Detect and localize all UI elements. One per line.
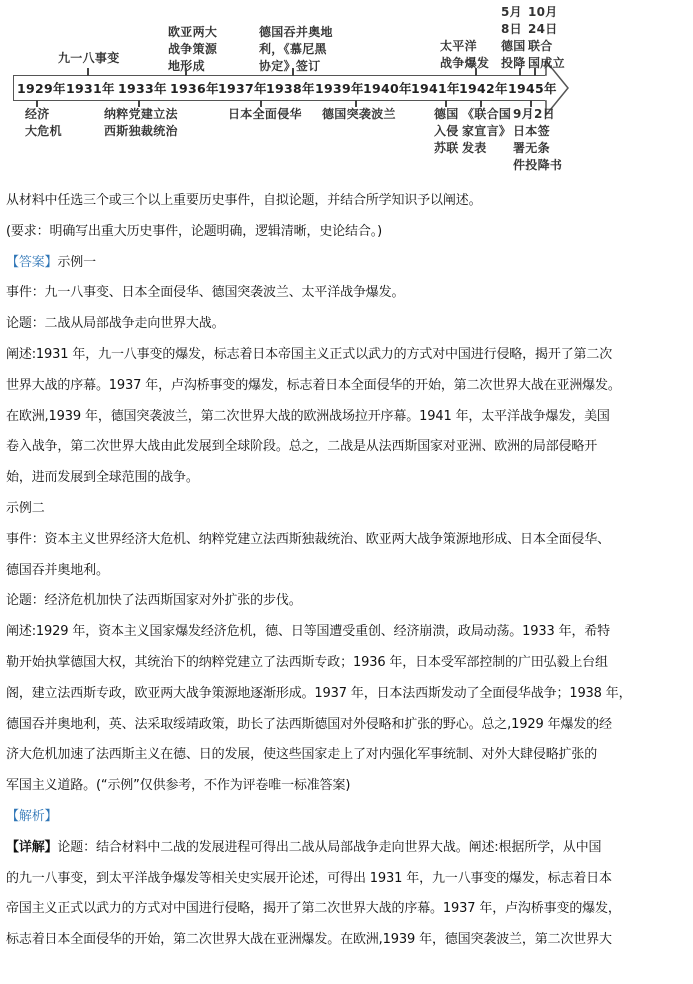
timeline-year: 1945年 [508,80,557,97]
example2-line: 事件：资本主义世界经济大危机、纳粹党建立法西斯独裁统治、欧亚两大战争策源地形成、… [6,525,691,556]
timeline-event-above: 欧亚两大 战争策源 地形成 [168,24,217,75]
timeline-event-above: 5月 8日 德国 投降 [501,4,526,72]
timeline-tick [519,68,521,76]
timeline-tick [185,68,187,76]
analysis-section: 【详解】论题：结合材料中二战的发展进程可得出二战从局部战争走向世界大战。阐述:根… [6,833,691,956]
analysis-line: 【详解】论题：结合材料中二战的发展进程可得出二战从局部战争走向世界大战。阐述:根… [6,833,691,864]
timeline-event-above: 太平洋 战争爆发 [440,38,489,72]
example1-line: 卷入战争，第二次世界大战由此发展到全球阶段。总之，二战是从法西斯国家对亚洲、欧洲… [6,432,691,463]
timeline-tick [138,100,140,107]
example2-line: 论题：经济危机加快了法西斯国家对外扩张的步伐。 [6,586,691,617]
question-prompt: 从材料中任选三个或三个以上重要历史事件，自拟论题，并结合所学知识予以阐述。 [6,186,691,217]
timeline-event-below: 经济 大危机 [25,106,62,140]
example2-line: 军国主义道路。(“示例”仅供参考，不作为评卷唯一标准答案) [6,771,691,802]
analysis-text: 标志着日本全面侵华的开始，第二次世界大战在亚洲爆发。在欧洲,1939 年，德国突… [6,932,612,947]
example1-line: 事件：九一八事变、日本全面侵华、德国突袭波兰、太平洋战争爆发。 [6,278,691,309]
timeline-tick [292,68,294,76]
timeline-year: 1938年 [266,80,315,97]
timeline-year: 1942年 [459,80,508,97]
timeline-tick [36,100,38,107]
timeline-year: 1933年 [118,80,167,97]
example2-section: 事件：资本主义世界经济大危机、纳粹党建立法西斯独裁统治、欧亚两大战争策源地形成、… [6,525,691,802]
analysis-line: 的九一八事变，到太平洋战争爆发等相关史实展开论述，可得出 1931 年，九一八事… [6,864,691,895]
timeline-year: 1937年 [218,80,267,97]
timeline-event-below: 德国 入侵 苏联 [434,106,459,157]
timeline-year: 1936年 [170,80,219,97]
analysis-line: 帝国主义正式以武力的方式对中国进行侵略，揭开了第二次世界大战的序幕。1937 年… [6,894,691,925]
timeline-event-below: 日本全面侵华 [228,106,302,123]
timeline-event-above: 九一八事变 [58,50,120,67]
example2-line: 阁，建立法西斯专政，欧亚两大战争策源地逐渐形成。1937 年，日本法西斯发动了全… [6,679,691,710]
timeline-year: 1929年 [17,80,66,97]
timeline-event-below: 纳粹党建立法 西斯独裁统治 [104,106,178,140]
timeline-tick [445,100,447,107]
timeline-tick [260,100,262,107]
timeline-tick [87,68,89,76]
question-requirement: (要求：明确写出重大历史事件，论题明确，逻辑清晰，史论结合。) [6,217,691,248]
example1-line: 论题：二战从局部战争走向世界大战。 [6,309,691,340]
example2-line: 德国吞并奥地利，英、法采取绥靖政策，助长了法西斯德国对外侵略和扩张的野心。总之,… [6,710,691,741]
timeline-tick [534,68,536,76]
example2-line: 阐述:1929 年，资本主义国家爆发经济危机，德、日等国遭受重创、经济崩溃，政局… [6,617,691,648]
timeline-year: 1931年 [66,80,115,97]
example1-line: 始，进而发展到全球范围的战争。 [6,463,691,494]
timeline-tick [530,100,532,107]
timeline-tick [475,68,477,76]
timeline-figure: 1929年1931年1933年1936年1937年1938年1939年1940年… [0,0,693,180]
timeline-event-above: 德国吞并奥地 利，《慕尼黑 协定》签订 [259,24,333,75]
timeline-year: 1939年 [315,80,364,97]
document-body: 从材料中任选三个或三个以上重要历史事件，自拟论题，并结合所学知识予以阐述。 (要… [6,186,691,956]
example2-line: 勒开始执掌德国大权，其统治下的纳粹党建立了法西斯专政；1936 年，日本受军部控… [6,648,691,679]
timeline-tick [480,100,482,107]
analysis-header: 【解析】 [6,802,691,833]
timeline-event-below: 9月2日 日本签 署无条 件投降书 [513,106,562,174]
timeline-event-below: 德国突袭波兰 [322,106,396,123]
answer-tag: 【答案】 [6,255,57,270]
example2-line: 济大危机加速了法西斯主义在德、日的发展，使这些国家走上了对内强化军事统制、对外大… [6,740,691,771]
timeline-year: 1941年 [411,80,460,97]
example1-line: 世界大战的序幕。1937 年，卢沟桥事变的爆发，标志着日本全面侵华的开始，第二次… [6,371,691,402]
analysis-text: 论题：结合材料中二战的发展进程可得出二战从局部战争走向世界大战。阐述:根据所学，… [57,840,601,855]
timeline-event-below: 《联合国 家宣言》 发表 [462,106,511,157]
detail-tag: 【详解】 [6,840,57,855]
example1-section: 事件：九一八事变、日本全面侵华、德国突袭波兰、太平洋战争爆发。论题：二战从局部战… [6,278,691,494]
timeline-year: 1940年 [363,80,412,97]
example2-line: 德国吞并奥地利。 [6,556,691,587]
timeline-tick [355,100,357,107]
example2-title: 示例二 [6,494,691,525]
analysis-text: 帝国主义正式以武力的方式对中国进行侵略，揭开了第二次世界大战的序幕。1937 年… [6,901,621,916]
timeline-event-above: 10月 24日 联合 国成立 [528,4,565,72]
answer-header: 【答案】示例一 [6,248,691,279]
analysis-tag: 【解析】 [6,809,57,824]
example1-line: 在欧洲,1939 年，德国突袭波兰，第二次世界大战的欧洲战场拉开序幕。1941 … [6,402,691,433]
example1-line: 阐述:1931 年，九一八事变的爆发，标志着日本帝国主义正式以武力的方式对中国进… [6,340,691,371]
analysis-text: 的九一八事变，到太平洋战争爆发等相关史实展开论述，可得出 1931 年，九一八事… [6,871,612,886]
analysis-line: 标志着日本全面侵华的开始，第二次世界大战在亚洲爆发。在欧洲,1939 年，德国突… [6,925,691,956]
example1-title: 示例一 [57,255,96,270]
